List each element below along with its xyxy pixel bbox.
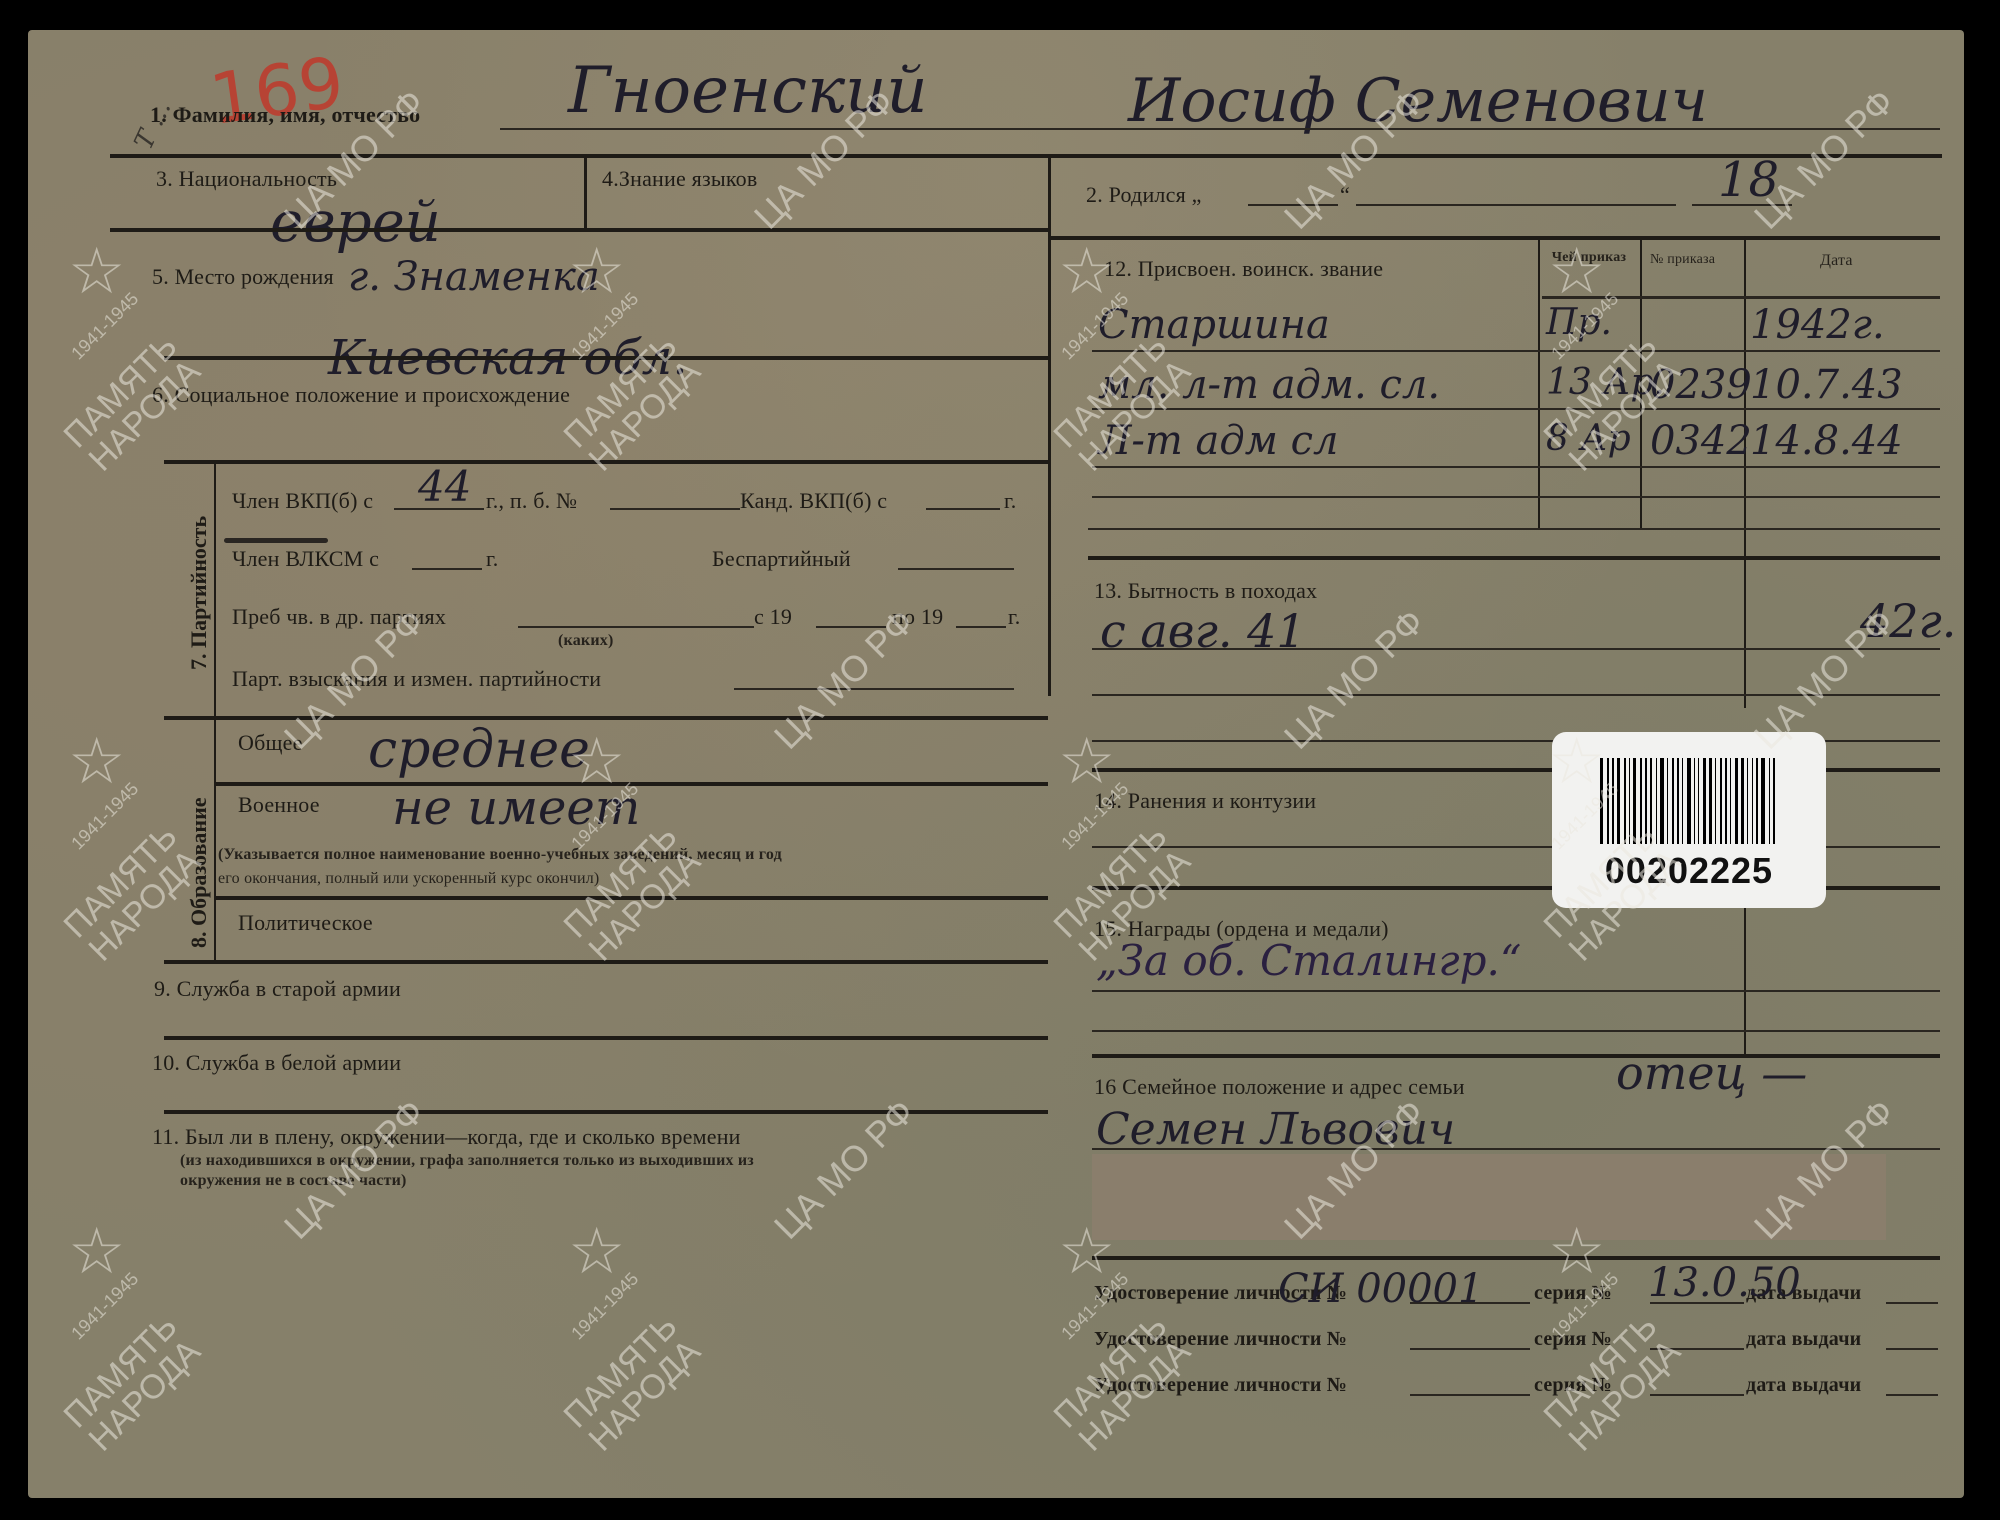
value-awards: „За об. Сталингр.“ (1096, 936, 1521, 985)
label-family: 16 Семейное положение и адрес семьи (1094, 1074, 1465, 1100)
watermark-camo: ЦА МО РФ (768, 1093, 920, 1245)
label-white-army: 10. Служба в белой армии (152, 1050, 401, 1076)
label-id-number: Удостоверение личности № (1094, 1328, 1347, 1351)
star-icon: ☆ (1058, 1220, 1115, 1284)
col-date: Дата (1820, 252, 1853, 270)
rank-order-issuer: 8 Ар (1546, 418, 1631, 459)
label-born: 2. Родился „ (1086, 182, 1202, 208)
label-captivity: 11. Был ли в плену, окружении—когда, где… (152, 1124, 741, 1150)
personnel-record-card: 169 Т ... 1. Фамилия, имя, отчество Гное… (28, 30, 1964, 1498)
star-icon: ☆ (1058, 730, 1115, 794)
label-id-number: Удостоверение личности № (1094, 1374, 1347, 1397)
section-party: 7. Партийность (186, 516, 212, 670)
label-id-series: серия № (1534, 1374, 1612, 1397)
rank-date: 10.7.43 (1750, 362, 1903, 408)
value-general-education: среднее (368, 720, 590, 780)
label-political-education: Политическое (238, 910, 373, 936)
value-birthplace-city: г. Знаменка (348, 254, 600, 300)
star-icon: ☆ (68, 1220, 125, 1284)
label-id-issue-date: дата выдачи (1746, 1328, 1861, 1351)
rank-date: 14.8.44 (1750, 418, 1903, 464)
watermark-pamyat-naroda: ПАМЯТЬНАРОДА (58, 819, 207, 968)
label-vlksm-member: Член ВЛКСМ с (232, 546, 379, 572)
redacted-address (1092, 1154, 1886, 1240)
label-military-rank: 12. Присвоен. воинск. звание (1104, 256, 1383, 282)
label-nonparty: Беспартийный (712, 546, 851, 572)
star-icon: ☆ (568, 730, 625, 794)
star-icon: ☆ (1548, 730, 1605, 794)
label-id-series: серия № (1534, 1328, 1612, 1351)
value-id-number: СИ 00001 (1278, 1266, 1483, 1312)
rank-order-number: 0239 (1650, 362, 1752, 408)
label-party-penalties: Парт. взыскания и измен. партийности (232, 666, 601, 692)
star-icon: ☆ (1548, 1220, 1605, 1284)
value-vkpb-year: 44 (418, 462, 471, 511)
label-birthplace: 5. Место рождения (152, 264, 334, 290)
watermark-pamyat-naroda: ПАМЯТЬНАРОДА (558, 819, 707, 968)
star-icon: ☆ (568, 1220, 625, 1284)
label-military-education: Военное (238, 792, 320, 818)
label-languages: 4.Знание языков (602, 166, 757, 192)
star-icon: ☆ (68, 240, 125, 304)
barcode-bars (1600, 758, 1778, 844)
barcode-number: 00202225 (1552, 850, 1826, 892)
label-social-status: 6. Социальное положение и происхождение (152, 382, 570, 408)
value-id-date: 13.0.50 (1648, 1260, 1801, 1306)
label-other-parties: Преб чв. в др. партиях (232, 604, 446, 630)
value-nationality: еврей (270, 190, 441, 255)
rank-title: мл. л-т адм. сл. (1098, 362, 1440, 408)
label-id-issue-date: дата выдачи (1746, 1374, 1861, 1397)
rank-date: 1942г. (1750, 302, 1885, 348)
star-icon: ☆ (1058, 240, 1115, 304)
star-icon: ☆ (1548, 240, 1605, 304)
rank-order-number: 0342 (1650, 418, 1752, 464)
rank-order-issuer: 13 Ар. (1546, 362, 1665, 403)
star-icon: ☆ (568, 240, 625, 304)
watermark-pamyat-naroda: ПАМЯТЬНАРОДА (58, 1309, 207, 1458)
value-birth-year: 18 (1718, 152, 1779, 208)
label-nationality: 3. Национальность (156, 166, 337, 192)
section-education: 8. Образование (186, 797, 212, 948)
label-old-army: 9. Служба в старой армии (154, 976, 401, 1002)
label-campaigns: 13. Бытность в походах (1094, 578, 1317, 604)
watermark-pamyat-naroda: ПАМЯТЬНАРОДА (558, 1309, 707, 1458)
label-general-education: Общее (238, 730, 303, 756)
value-surname: Гноенский (568, 54, 928, 128)
star-icon: ☆ (68, 730, 125, 794)
value-name-patronymic: Иосиф Семенович (1128, 66, 1708, 136)
label-wounds: 14. Ранения и контузии (1094, 788, 1316, 814)
value-family-relation: отец — (1616, 1046, 1807, 1100)
value-campaigns-year: 42г. (1860, 594, 1956, 648)
label-full-name: 1. Фамилия, имя, отчество (150, 102, 420, 128)
rank-title: Л-т адм сл (1098, 418, 1339, 464)
label-vkpb-member: Член ВКП(б) с (232, 488, 373, 514)
col-order-number: № приказа (1650, 252, 1715, 268)
rank-title: Старшина (1098, 302, 1330, 348)
